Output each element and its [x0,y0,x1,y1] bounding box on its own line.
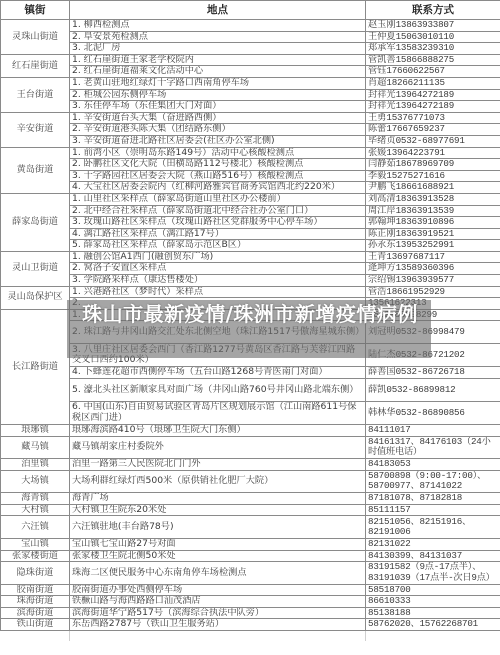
contact-cell: 闫静茹18678969709 [366,159,500,171]
contact-phone: 18678969709 [396,159,454,170]
contact-name: 孙永东 [368,240,396,251]
contact-phone: 17660622567 [386,66,444,77]
table-row: 黄岛街道1. 前湾小区（崇明岛东路149号）活动中心核酸检测点张媛1396422… [1,147,500,159]
contact-phone: 18363913539 [396,205,454,216]
town-cell: 泊里镇 [1,459,70,471]
contact-phone: 0532-86899812 [386,384,455,395]
location-cell: 滨海街道华宁路517号（滨海综合执法中队旁） [70,607,366,619]
contact-cell: 孙永东13953252991 [366,240,500,252]
empty-row [1,630,500,641]
table-row: 王台街道1. 老黄山驻地红绿灯十字路口西南角停车场肖超18266211135 [1,77,500,89]
contact-cell: 郑承军13583239310 [366,43,500,55]
contact-phone: 13589360396 [396,263,454,274]
table-row: 2. 窝洛子安置区采样点逄坤方13589360396 [1,263,500,275]
contact-name: 陈蕾 [368,124,386,135]
contact-phone: 86610333 [368,596,411,607]
contact-cell: 58762020、15762268701 [366,619,500,631]
contact-cell: 85138188 [366,607,500,619]
table-row: 泊里镇泊里一路第三人民医院北门门外84183053 [1,459,500,471]
town-cell: 胶南街道 [1,584,70,596]
table-row: 藏马镇藏马镇胡家庄村委院外84161317、84176103（24小时值班电话） [1,436,500,459]
table-row: 珠海街道铁橛山路与海西路路口汕茂酒店86610333 [1,596,500,608]
contact-cell: 李毅15275271616 [366,170,500,182]
contact-name: 韩林华 [368,407,396,418]
location-cell: 3. 北泥厂房 [70,43,366,55]
table-row: 3. 东佳停车场（东佳集团大门对面）封祥光13964272189 [1,101,500,113]
table-row: 大场镇大场利群红绿灯西500米（原供销社化肥厂大院）58700898（9:00-… [1,470,500,493]
town-cell: 灵山岛保护区 [1,286,70,309]
town-cell: 宝山镇 [1,538,70,550]
contact-cell: 王青13697687117 [366,251,500,263]
contact-cell: 陈蕾17667659237 [366,124,500,136]
location-cell: 2. 卧鹏社区文化大院（田横岛路112号楼北）核酸检测点 [70,159,366,171]
contact-phone: 15275271616 [386,170,444,181]
town-cell: 辛安街道 [1,112,70,147]
contact-cell: 封祥光13964272189 [366,101,500,113]
town-cell: 灵珠山街道 [1,20,70,55]
town-cell: 张家楼街道 [1,550,70,562]
town-cell: 王台街道 [1,77,70,112]
contact-cell: 尹鹏飞18661688921 [366,182,500,194]
contact-phone: 13964223791 [386,147,444,158]
table-row: 3. 学院路采样点（康达售楼处）宗绍锡13963939577 [1,275,500,287]
table-row: 3. 玫瑰山路社区采样点（玫瑰山路社区党群服务中心停车场）郭翰坤18363910… [1,217,500,229]
table-row: 薛家岛街道1. 山里社区采样点（薛家岛街道山里社区办公楼前）刘高清1836391… [1,193,500,205]
contact-cell: 王仲夏15063010110 [366,31,500,43]
contact-cell: 逄坤方13589360396 [366,263,500,275]
town-cell: 琅琊镇 [1,425,70,437]
contact-name: 宗绍锡 [368,275,396,286]
location-cell: 6. 中国(山东)自由贸易试验区青岛片区规划展示馆（江山南路611号保税区西门进… [70,402,366,425]
town-cell: 薛家岛街道 [1,193,70,251]
contact-name: 管钰 [368,66,386,77]
location-cell: 2. 辛安街道港头陈大集（团结路东侧） [70,124,366,136]
contact-name: 张媛 [368,147,386,158]
contact-cell: 张媛13964223791 [366,147,500,159]
town-cell: 长江路街道 [1,309,70,424]
location-cell: 3. 十字路园社区居委会大院（燕山路516号）核酸检测点 [70,170,366,182]
table-row: 六汪镇六汪镇驻地(丰台路78号)82151056、82151916、821910… [1,516,500,539]
contact-cell: 封祥光13964272189 [366,89,500,101]
town-cell: 珠海街道 [1,596,70,608]
contact-phone: 58700898（9:00-17:00）、58700977、87141022 [368,470,486,491]
contact-phone: 15866888275 [396,54,454,65]
contact-cell: 85111157 [366,504,500,516]
table-row: 辛安街道1. 辛安街道台头大集（奋进路西侧）王勇15376771073 [1,112,500,124]
contact-phone: 18661688921 [396,182,454,193]
contact-phone: 83191582（9点-17点半）、83191039（17点半-次日9点） [368,562,495,583]
contact-cell: 84161317、84176103（24小时值班电话） [366,436,500,459]
contact-cell: 郭翰坤18363910896 [366,217,500,229]
contact-name: 薛凯 [368,384,386,395]
contact-cell: 84111017 [366,425,500,437]
location-cell: 藏马镇胡家庄村委院外 [70,436,366,459]
contact-name: 郭翰坤 [368,217,396,228]
table-row: 4. 大宝社区居委会院内（红柳河路雅宾官商务宾馆西北约220米）尹鹏飞18661… [1,182,500,194]
town-cell: 铁山街道 [1,619,70,631]
contact-name: 肖超 [368,77,386,88]
location-cell: 3. 东佳停车场（东佳集团大门对面） [70,101,366,113]
contact-name: 尹鹏飞 [368,182,396,193]
location-cell: 1. 红石崖街道王家老学校院内 [70,54,366,66]
table-row: 4. 卜蜂莲花超市西侧停车场（五台山路1268号青医南门对面）薛善国0532-8… [1,367,500,379]
contact-phone: 0532-86890856 [396,407,465,418]
empty-cell [366,630,500,641]
contact-cell: 韩林华0532-86890856 [366,402,500,425]
contact-phone: 85111157 [368,504,411,515]
table-row: 3. 辛安街道奋进北路社区居委会(社区办公室北侧)毕绪贞0532-6897769… [1,135,500,147]
table-row: 2. 卧鹏社区文化大院（田横岛路112号楼北）核酸检测点闫静茹186789697… [1,159,500,171]
contact-phone: 18363910896 [396,217,454,228]
town-cell: 滨海街道 [1,607,70,619]
contact-name: 王勇 [368,112,386,123]
location-cell: 3. 学院路采样点（康达售楼处） [70,275,366,287]
contact-phone: 84130399、84131037 [368,550,462,561]
contact-phone: 82131022 [368,538,411,549]
contact-cell: 58518700 [366,584,500,596]
contact-phone: 13964272189 [396,89,454,100]
contact-cell: 薛善国0532-86726718 [366,367,500,379]
town-cell: 红石崖街道 [1,54,70,77]
contact-cell: 宗绍锡13963939577 [366,275,500,287]
table-row: 滨海街道滨海街道华宁路517号（滨海综合执法中队旁）85138188 [1,607,500,619]
contact-phone: 82151056、82151916、82191006 [368,516,471,537]
location-cell: 琅琊海滨路410号（琅琊卫生院大门东侧） [70,425,366,437]
table-row: 2. 北中经合社采样点（薛家岛街道北中经合社办公室门口）周江岸183639135… [1,205,500,217]
contact-name: 刘高清 [368,193,396,204]
location-cell: 1. 辛安街道台头大集（奋进路西侧） [70,112,366,124]
contact-name: 封祥光 [368,89,396,100]
location-cell: 张家楼卫生院北侧50米处 [70,550,366,562]
town-cell: 黄岛街道 [1,147,70,193]
location-cell: 海青广场 [70,493,366,505]
location-cell: 5. 濠北头社区新顺家具对面广场（井冈山路760号井冈山路北端东侧） [70,379,366,402]
contact-phone: 58762020、15762268701 [368,619,478,630]
location-cell: 4. 大宝社区居委会院内（红柳河路雅宾官商务宾馆西北约220米） [70,182,366,194]
contact-cell: 84183053 [366,459,500,471]
location-cell: 2. 阜安景苑检测点 [70,31,366,43]
location-cell: 1. 柳西检测点 [70,20,366,32]
header-town: 镇街 [1,1,70,20]
contact-name: 封祥光 [368,101,396,112]
location-cell: 胶南街道办事处西侧停车场 [70,584,366,596]
location-cell: 2. 柜城公园东侧停车场 [70,89,366,101]
contact-name: 陈正刚 [368,228,396,239]
contact-name: 管凯善 [368,54,396,65]
contact-cell: 陈正刚18363919521 [366,228,500,240]
contact-cell: 87181078、87182818 [366,493,500,505]
header-row: 镇街 地点 联系方式 [1,1,500,20]
table-row: 灵珠山街道1. 柳西检测点赵玉刚13863933807 [1,20,500,32]
table-row: 2. 柜城公园东侧停车场封祥光13964272189 [1,89,500,101]
table-row: 张家楼街道张家楼卫生院北侧50米处84130399、84131037 [1,550,500,562]
contact-cell: 管浩18661952929 [366,286,500,298]
contact-cell: 王勇15376771073 [366,112,500,124]
table-row: 4. 漓江路社区采样点（漓江路17号）陈正刚18363919521 [1,228,500,240]
empty-cell [1,630,70,641]
contact-name: 赵玉刚 [368,20,396,31]
contact-name: 闫静茹 [368,159,396,170]
location-cell: 宝山镇七宝山路27号对面 [70,538,366,550]
location-cell: 大村镇卫生院东20米处 [70,504,366,516]
location-cell: 3. 辛安街道奋进北路社区居委会(社区办公室北侧) [70,135,366,147]
contact-cell: 赵玉刚13863933807 [366,20,500,32]
location-cell: 3. 玫瑰山路社区采样点（玫瑰山路社区党群服务中心停车场） [70,217,366,229]
empty-cell [70,630,366,641]
header-contact: 联系方式 [366,1,500,20]
contact-name: 周江岸 [368,205,396,216]
contact-name: 管浩 [368,286,386,297]
location-cell: 1. 前湾小区（崇明岛东路149号）活动中心核酸检测点 [70,147,366,159]
location-cell: 2. 窝洛子安置区采样点 [70,263,366,275]
table-row: 5. 濠北头社区新顺家具对面广场（井冈山路760号井冈山路北端东侧）薛凯0532… [1,379,500,402]
table-row: 宝山镇宝山镇七宝山路27号对面82131022 [1,538,500,550]
contact-cell: 周江岸18363913539 [366,205,500,217]
location-cell: 1. 融创公馆A1西门(融创贸东广场) [70,251,366,263]
town-cell: 海青镇 [1,493,70,505]
table-row: 2. 辛安街道港头陈大集（团结路东侧）陈蕾17667659237 [1,124,500,136]
contact-name: 李毅 [368,170,386,181]
table-row: 灵山岛保护区1. 兴港路社区（梦时代）采样点管浩18661952929 [1,286,500,298]
table-row: 5. 薛家岛社区采样点（薛家岛示范区B区）孙永东13953252991 [1,240,500,252]
contact-phone: 85138188 [368,607,411,618]
contact-phone: 17667659237 [386,124,444,135]
contact-phone: 58518700 [368,584,411,595]
contact-phone: 84111017 [368,425,411,436]
town-cell: 灵山卫街道 [1,251,70,286]
location-cell: 5. 薛家岛社区采样点（薛家岛示范区B区） [70,240,366,252]
table-row: 3. 北泥厂房郑承军13583239310 [1,43,500,55]
contact-phone: 13863933807 [396,20,454,31]
table-row: 胶南街道胶南街道办事处西侧停车场58518700 [1,584,500,596]
location-cell: 铁橛山路与海西路路口汕茂酒店 [70,596,366,608]
overlay-title: 珠山市最新疫情/珠洲市新增疫情病例 [75,302,425,326]
contact-phone: 18266211135 [386,77,444,88]
location-cell: 2. 红石崖街道福莱文化活动中心 [70,66,366,78]
table-row: 2. 红石崖街道福莱文化活动中心管钰17660622567 [1,66,500,78]
location-cell: 东岳西路2787号（铁山卫生服务站） [70,619,366,631]
location-cell: 1. 山里社区采样点（薛家岛街道山里社区办公楼前） [70,193,366,205]
location-cell: 4. 卜蜂莲花超市西侧停车场（五台山路1268号青医南门对面） [70,367,366,379]
location-cell: 六汪镇驻地(丰台路78号) [70,516,366,539]
contact-phone: 13953252991 [396,240,454,251]
contact-phone: 13964272189 [396,101,454,112]
location-cell: 珠海二区便民服务中心东南角停车场检测点 [70,562,366,585]
contact-name: 毕绪贞 [368,135,396,146]
table-row: 大村镇大村镇卫生院东20米处85111157 [1,504,500,516]
contact-cell: 肖超18266211135 [366,77,500,89]
contact-phone: 87181078、87182818 [368,493,462,504]
contact-cell: 管凯善15866888275 [366,54,500,66]
table-row: 6. 中国(山东)自由贸易试验区青岛片区规划展示馆（江山南路611号保税区西门进… [1,402,500,425]
contact-name: 郑承军 [368,43,396,54]
contact-cell: 86610333 [366,596,500,608]
location-cell: 2. 北中经合社采样点（薛家岛街道北中经合社办公室门口） [70,205,366,217]
location-cell: 泊里一路第三人民医院北门门外 [70,459,366,471]
table-row: 3. 十字路园社区居委会大院（燕山路516号）核酸检测点李毅1527527161… [1,170,500,182]
table-row: 灵山卫街道1. 融创公馆A1西门(融创贸东广场)王青13697687117 [1,251,500,263]
location-cell: 1. 老黄山驻地红绿灯十字路口西南角停车场 [70,77,366,89]
contact-cell: 薛凯0532-86899812 [366,379,500,402]
table-row: 铁山街道东岳西路2787号（铁山卫生服务站）58762020、157622687… [1,619,500,631]
table-row: 红石崖街道1. 红石崖街道王家老学校院内管凯善15866888275 [1,54,500,66]
contact-phone: 15376771073 [386,112,444,123]
contact-name: 王仲夏 [368,31,396,42]
contact-phone: 0532-68977691 [396,135,465,146]
contact-phone: 18661952929 [386,286,444,297]
table-row: 琅琊镇琅琊海滨路410号（琅琊卫生院大门东侧）84111017 [1,425,500,437]
contact-phone: 13583239310 [396,43,454,54]
table-row: 2. 阜安景苑检测点王仲夏15063010110 [1,31,500,43]
table-row: 隐珠街道珠海二区便民服务中心东南角停车场检测点83191582（9点-17点半）… [1,562,500,585]
town-cell: 隐珠街道 [1,562,70,585]
location-cell: 1. 兴港路社区（梦时代）采样点 [70,286,366,298]
contact-cell: 刘高清18363913528 [366,193,500,205]
contact-phone: 15063010110 [396,31,454,42]
contact-phone: 84183053 [368,459,411,470]
contact-phone: 13697687117 [386,251,444,262]
contact-cell: 82151056、82151916、82191006 [366,516,500,539]
contact-name: 王青 [368,251,386,262]
contact-cell: 82131022 [366,538,500,550]
contact-phone: 0532-86726718 [396,367,465,378]
town-cell: 藏马镇 [1,436,70,459]
contact-phone: 18363919521 [396,228,454,239]
town-cell: 大场镇 [1,470,70,493]
contact-cell: 83191582（9点-17点半）、83191039（17点半-次日9点） [366,562,500,585]
contact-name: 逄坤方 [368,263,396,274]
contact-phone: 84161317、84176103（24小时值班电话） [368,436,491,457]
contact-phone: 18363913528 [396,193,454,204]
town-cell: 大村镇 [1,504,70,516]
contact-cell: 毕绪贞0532-68977691 [366,135,500,147]
location-cell: 4. 漓江路社区采样点（漓江路17号） [70,228,366,240]
town-cell: 六汪镇 [1,516,70,539]
contact-cell: 84130399、84131037 [366,550,500,562]
location-cell: 大场利群红绿灯西500米（原供销社化肥厂大院） [70,470,366,493]
contact-phone: 13963939577 [396,275,454,286]
contact-cell: 管钰17660622567 [366,66,500,78]
contact-name: 薛善国 [368,367,396,378]
contact-cell: 58700898（9:00-17:00）、58700977、87141022 [366,470,500,493]
table-row: 海青镇海青广场87181078、87182818 [1,493,500,505]
header-location: 地点 [70,1,366,20]
